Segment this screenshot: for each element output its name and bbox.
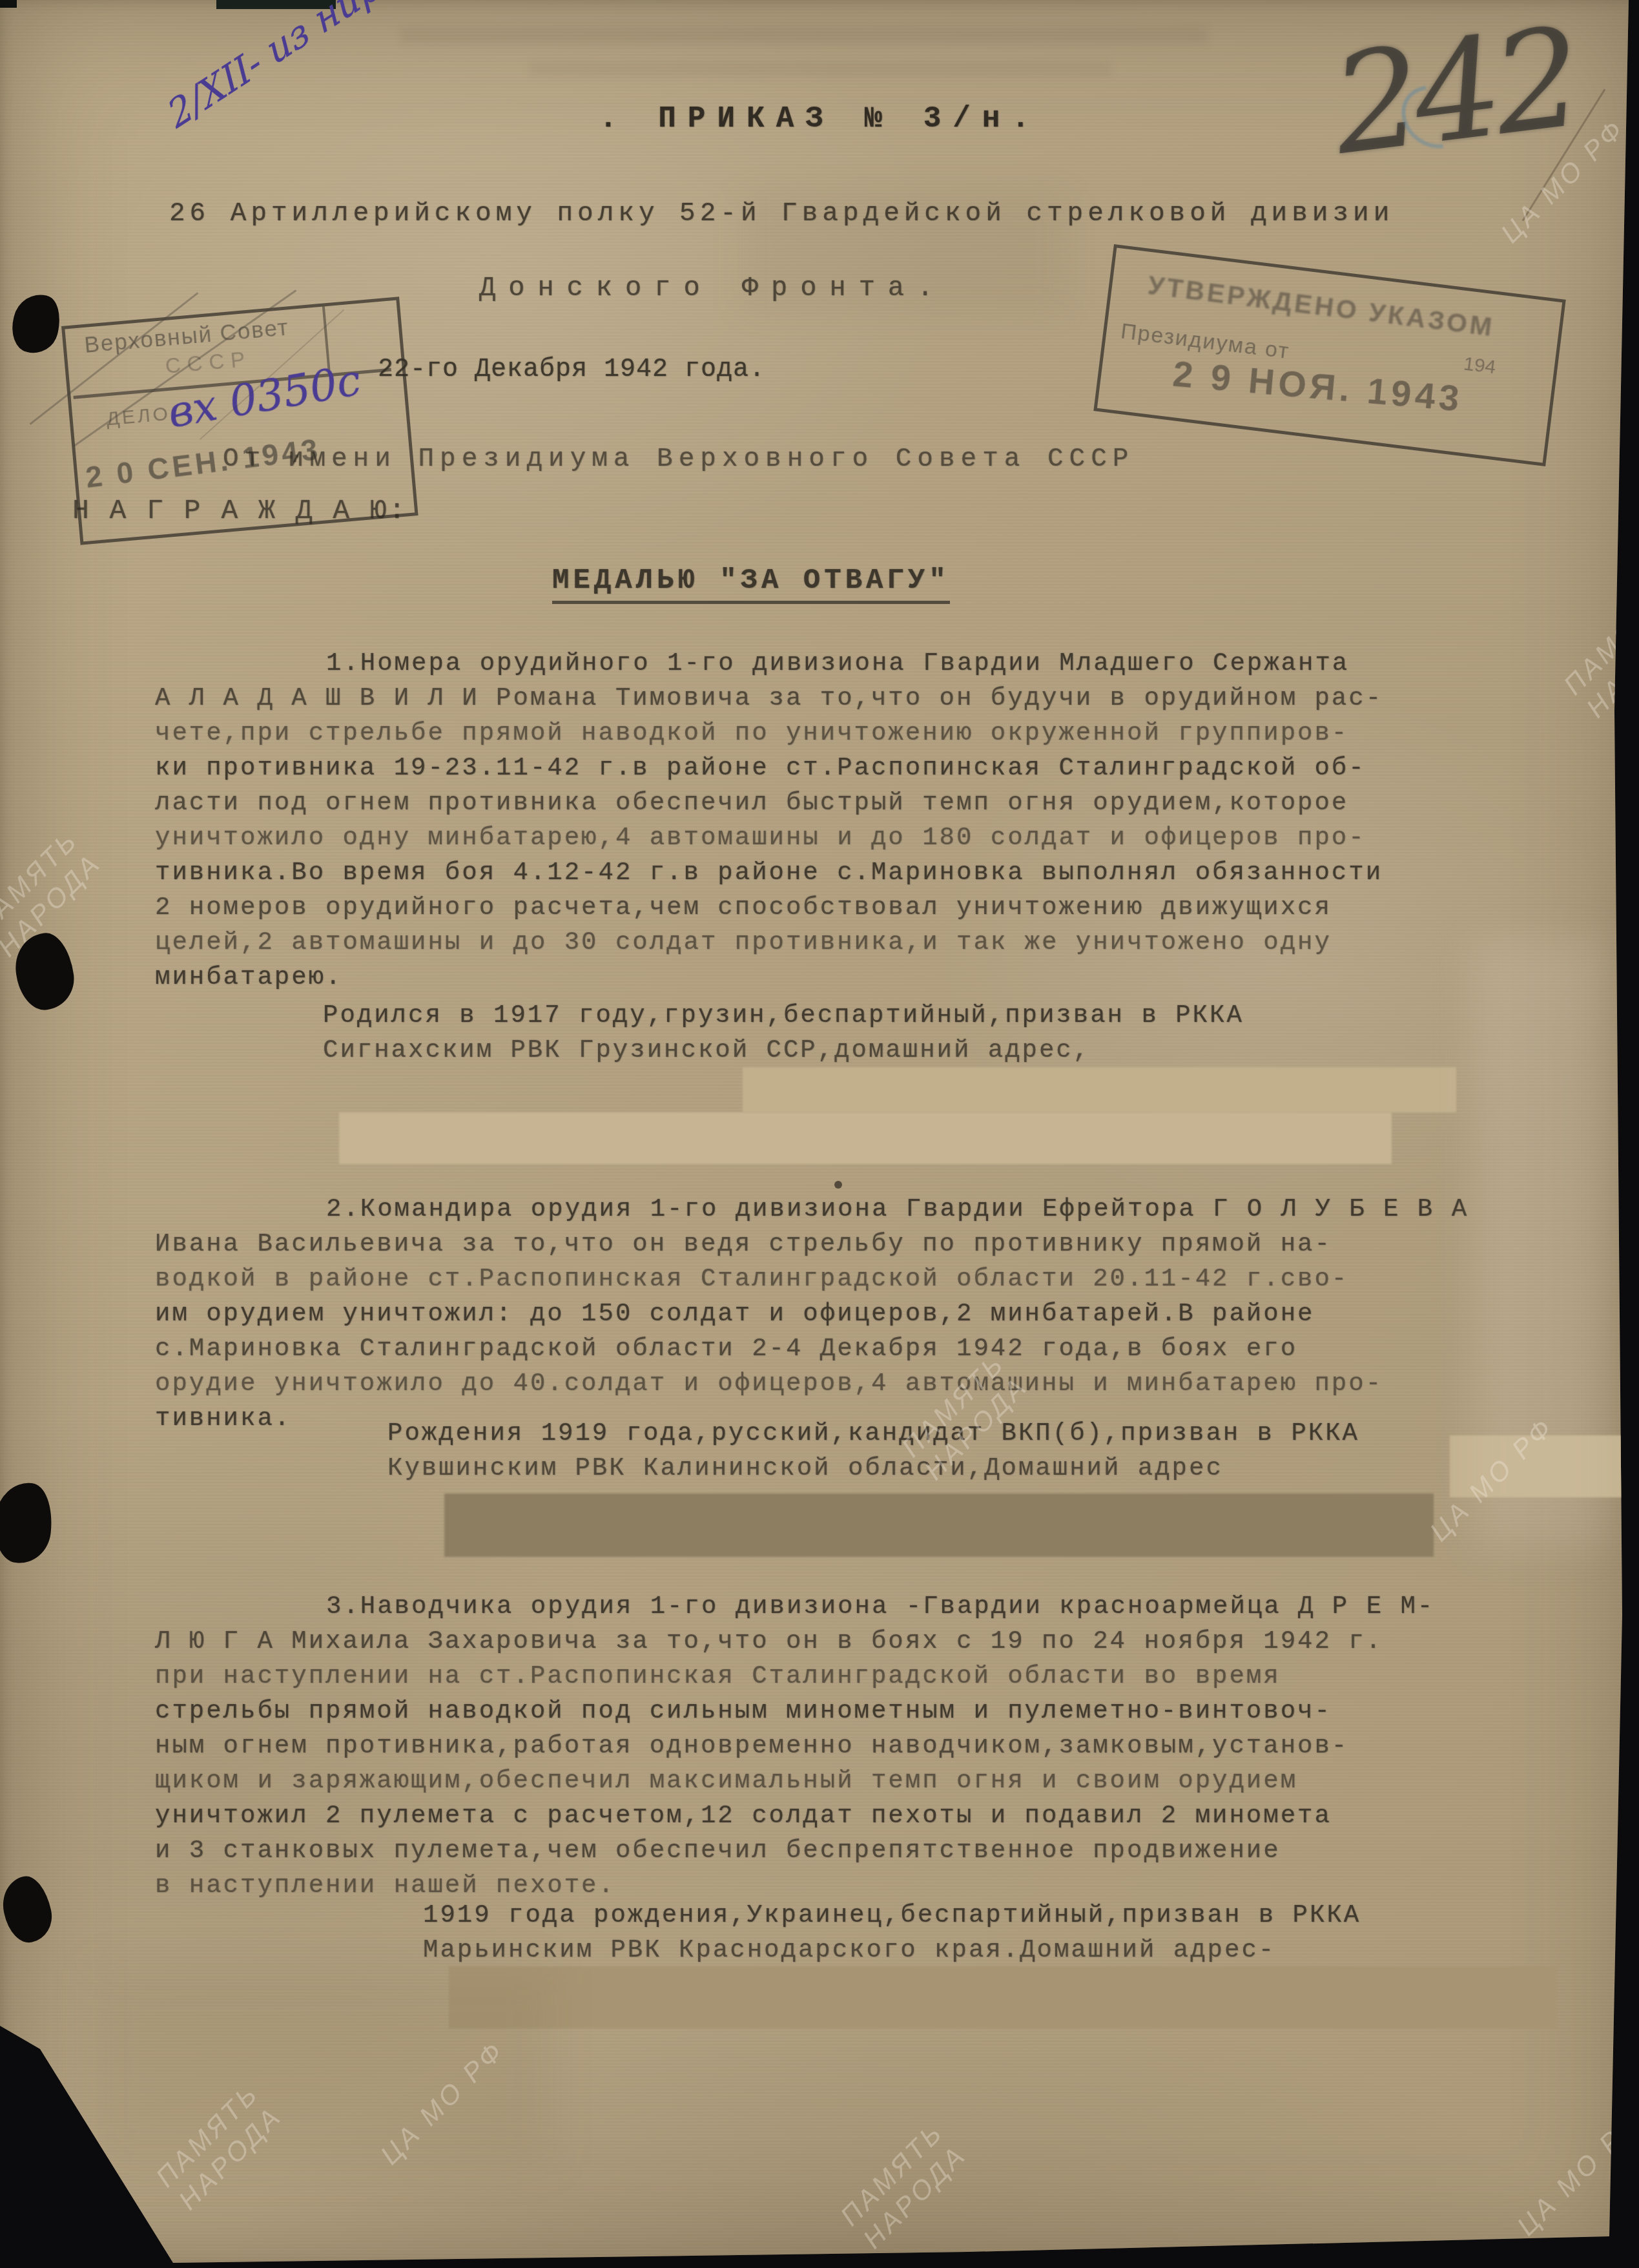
- award-text-line: с.Мариновка Сталинградской области 2-4 Д…: [155, 1331, 1498, 1366]
- entry-1-paragraph: 1.Номера орудийного 1-го дивизиона Гвард…: [155, 646, 1498, 995]
- redaction-box: [743, 1067, 1456, 1112]
- paper-sheet: 2/XII- из нирсак 242 . ПРИКАЗ № 3/н. 26 …: [0, 0, 1639, 2268]
- award-text-line: им орудием уничтожил: до 150 солдат и оф…: [155, 1296, 1498, 1331]
- entry-2-paragraph: 2.Командира орудия 1-го дивизиона Гварди…: [155, 1192, 1498, 1436]
- award-text-line: 2.Командира орудия 1-го дивизиона Гварди…: [155, 1192, 1498, 1227]
- redaction-box: [449, 1966, 1556, 2028]
- watermark-archive: ЦА МО РФ: [1510, 2105, 1639, 2242]
- award-text-line: 1.Номера орудийного 1-го дивизиона Гвард…: [155, 646, 1498, 681]
- scan-edge-artifact: [0, 0, 17, 8]
- award-text-line: тивника.Во время боя 4.12-42 г.в районе …: [155, 855, 1498, 890]
- document-scan: 2/XII- из нирсак 242 . ПРИКАЗ № 3/н. 26 …: [0, 0, 1639, 2268]
- ghost-smudge: [400, 27, 1208, 44]
- entry-3-paragraph: 3.Наводчика орудия 1-го дивизиона -Гвард…: [155, 1589, 1498, 1903]
- bio-line: Сигнахским РВК Грузинской ССР,домашний а…: [323, 1033, 1244, 1068]
- award-text-line: ласти под огнем противника обеспечил быс…: [155, 785, 1498, 820]
- approval-stamp: УТВЕРЖДЕНО УКАЗОМ Президиума от 194 2 9 …: [1093, 244, 1565, 466]
- order-title: . ПРИКАЗ № 3/н.: [599, 102, 1041, 136]
- sheet-number: 242: [1325, 0, 1584, 185]
- punch-hole: [0, 1873, 57, 1947]
- award-text-line: 2 номеров орудийного расчета,чем способс…: [155, 890, 1498, 925]
- award-text-line: и 3 станковых пулемета,чем обеспечил бес…: [155, 1833, 1498, 1868]
- corner-note-handwriting: 2/XII- из нирсак: [161, 0, 442, 137]
- ink-speck: [37, 2105, 46, 2113]
- award-text-line: целей,2 автомашины и до 30 солдат против…: [155, 925, 1498, 960]
- ghost-smudge: [530, 62, 1111, 76]
- award-text-line: орудие уничтожило до 40.солдат и офицеро…: [155, 1366, 1498, 1401]
- bio-line: Родился в 1917 году,грузин,беспартийный,…: [323, 998, 1244, 1033]
- bio-line: Рождения 1919 года,русский,кандидат ВКП(…: [387, 1416, 1359, 1451]
- entry-2-bio: Рождения 1919 года,русский,кандидат ВКП(…: [387, 1416, 1359, 1486]
- award-text-line: чете,при стрельбе прямой наводкой по уни…: [155, 716, 1498, 751]
- order-date-line: 22-го Декабря 1942 года.: [378, 355, 765, 384]
- award-medal-line: МЕДАЛЬЮ "ЗА ОТВАГУ": [552, 565, 950, 604]
- award-text-line: ки противника 19-23.11-42 г.в районе ст.…: [155, 751, 1498, 785]
- authority-line: От имени Президиума Верховного Совета СС…: [223, 444, 1134, 474]
- ink-speck: [834, 1181, 842, 1189]
- approval-stamp-year-preprint: 194: [1462, 353, 1497, 379]
- award-text-line: водкой в районе ст.Распопинская Сталингр…: [155, 1262, 1498, 1296]
- award-verb-line: Н А Г Р А Ж Д А Ю:: [72, 495, 407, 526]
- award-text-line: уничтожило одну минбатарею,4 автомашины …: [155, 820, 1498, 855]
- punch-hole: [6, 289, 66, 359]
- redaction-box: [444, 1493, 1434, 1557]
- bio-line: Марьинским РВК Краснодарского края.Домаш…: [423, 1933, 1361, 1968]
- entry-1-bio: Родился в 1917 году,грузин,беспартийный,…: [323, 998, 1244, 1068]
- bio-line: Кувшинским РВК Калининской области,Домаш…: [387, 1451, 1359, 1486]
- bio-line: 1919 года рождения,Украинец,беспартийный…: [423, 1898, 1361, 1933]
- award-text-line: щиком и заряжающим,обеспечил максимальны…: [155, 1763, 1498, 1798]
- award-text-line: при наступлении на ст.Распопинская Стали…: [155, 1659, 1498, 1694]
- award-text-line: Ивана Васильевича за то,что он ведя стре…: [155, 1227, 1498, 1262]
- award-text-line: Л Ю Г А Михаила Захаровича за то,что он …: [155, 1624, 1498, 1659]
- award-text-line: 3.Наводчика орудия 1-го дивизиона -Гвард…: [155, 1589, 1498, 1624]
- award-text-line: стрельбы прямой наводкой под сильным мин…: [155, 1694, 1498, 1729]
- redaction-box: [339, 1112, 1392, 1164]
- paper-stain: [743, 194, 1066, 310]
- watermark-memory: ПАМЯТЬ НАРОДА: [834, 2112, 978, 2256]
- award-text-line: А Л А Д А Ш В И Л И Романа Тимовича за т…: [155, 681, 1498, 716]
- corner-note-text: 2/XII- из нирсак: [161, 0, 442, 137]
- watermark-memory: ПАМЯТЬ НАРОДА: [1557, 581, 1639, 725]
- award-text-line: минбатарею.: [155, 960, 1498, 995]
- punch-hole: [0, 1480, 56, 1566]
- award-text-line: ным огнем противника,работая одновременн…: [155, 1729, 1498, 1763]
- entry-3-bio: 1919 года рождения,Украинец,беспартийный…: [423, 1898, 1361, 1968]
- award-text-line: уничтожил 2 пулемета с расчетом,12 солда…: [155, 1798, 1498, 1833]
- approval-stamp-date: 2 9 НОЯ. 1943: [1171, 353, 1465, 420]
